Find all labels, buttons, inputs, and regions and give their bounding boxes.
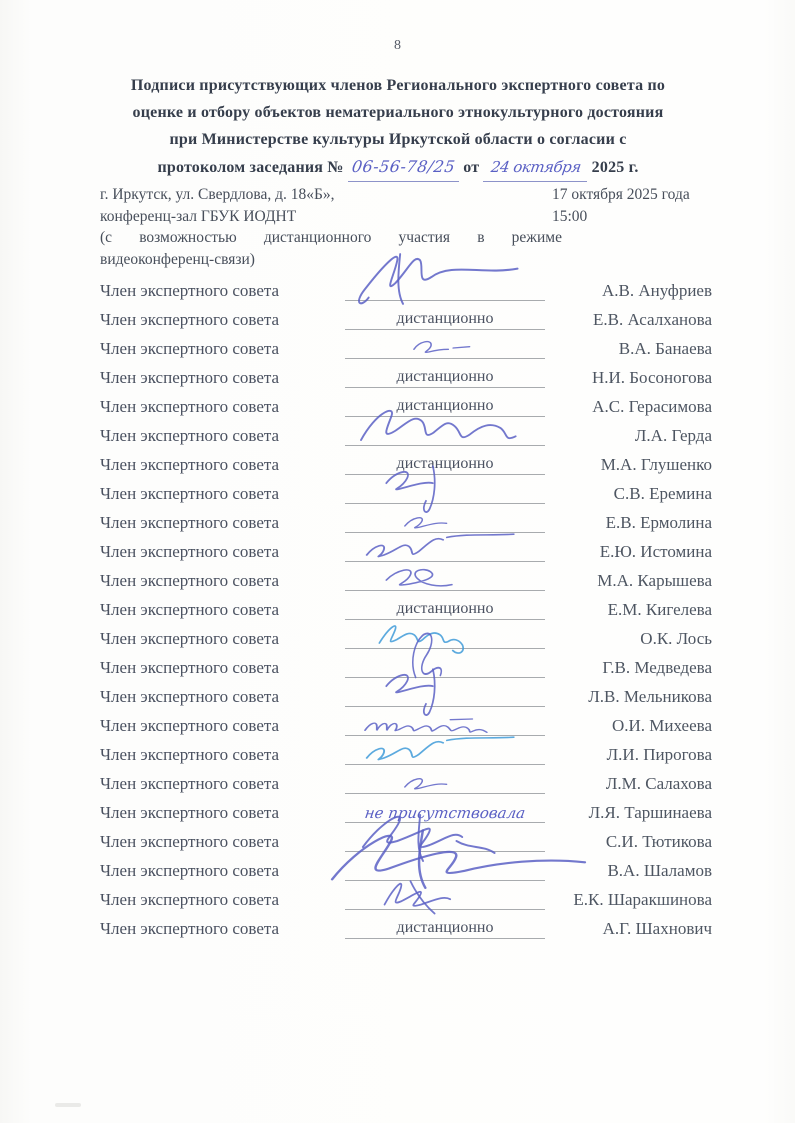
remote-participation-label: дистанционно (345, 455, 545, 473)
member-name: В.А. Шаламов (545, 861, 712, 881)
signature-row: Член экспертного совета Л.М. Салахова (100, 765, 712, 794)
signature-line (345, 619, 545, 649)
member-name: Л.И. Пирогова (545, 745, 712, 765)
member-role-label: Член экспертного совета (100, 890, 345, 910)
signature-line (345, 271, 545, 301)
address-line-1: г. Иркутск, ул. Свердлова, д. 18«Б», (100, 184, 562, 206)
signature-line (345, 474, 545, 504)
protocol-date-handwritten: 24 октября (489, 154, 582, 181)
member-name: Г.В. Медведева (545, 658, 712, 678)
signature-row: Член экспертного совета дистанционно Н.И… (100, 359, 712, 388)
member-name: С.В. Еремина (545, 484, 712, 504)
signature-rows: Член экспертного совета А.В. Ануфриев Чл… (100, 272, 712, 939)
title-line-2: оценке и отбору объектов нематериального… (88, 99, 708, 126)
member-role-label: Член экспертного совета (100, 803, 345, 823)
member-name: Л.А. Герда (545, 426, 712, 446)
member-name: М.А. Карышева (545, 571, 712, 591)
member-role-label: Член экспертного совета (100, 368, 345, 388)
remote-participation-label: дистанционно (345, 310, 545, 328)
member-role-label: Член экспертного совета (100, 455, 345, 475)
remote-participation-label: дистанционно (345, 919, 545, 937)
signature-row: Член экспертного совета дистанционно А.Г… (100, 910, 712, 939)
member-role-label: Член экспертного совета (100, 832, 345, 852)
member-role-label: Член экспертного совета (100, 687, 345, 707)
signature-line: не присутствовала (345, 793, 545, 823)
signature-row: Член экспертного совета Е.К. Шаракшинова (100, 881, 712, 910)
member-role-label: Член экспертного совета (100, 542, 345, 562)
member-role-label: Член экспертного совета (100, 513, 345, 533)
signature-row: Член экспертного совета А.В. Ануфриев (100, 272, 712, 301)
member-role-label: Член экспертного совета (100, 397, 345, 417)
remote-participation-label: дистанционно (345, 368, 545, 386)
member-name: О.И. Михеева (545, 716, 712, 736)
title-line-4: протоколом заседания № 06-56-78/25 от 24… (88, 153, 708, 182)
protocol-date-blank: 24 октября (483, 154, 587, 182)
member-role-label: Член экспертного совета (100, 919, 345, 939)
signature-line (345, 416, 545, 446)
signature-row: Член экспертного совета дистанционно Е.М… (100, 591, 712, 620)
scan-artifact (55, 1103, 81, 1107)
member-role-label: Член экспертного совета (100, 629, 345, 649)
member-name: С.И. Тютикова (545, 832, 712, 852)
signature-row: Член экспертного совета дистанционно А.С… (100, 388, 712, 417)
member-role-label: Член экспертного совета (100, 426, 345, 446)
signature-line: дистанционно (345, 358, 545, 388)
signature-row: Член экспертного совета Л.В. Мельникова (100, 678, 712, 707)
protocol-number-blank: 06-56-78/25 (348, 153, 459, 182)
member-name: Н.И. Босоногова (545, 368, 712, 388)
signature-line (345, 735, 545, 765)
signature-line: дистанционно (345, 387, 545, 417)
signature-line (345, 648, 545, 678)
signature-row: Член экспертного совета С.В. Еремина (100, 475, 712, 504)
title-line-3: при Министерстве культуры Иркутской обла… (88, 126, 708, 153)
signature-line (345, 532, 545, 562)
signature-row: Член экспертного совета дистанционно М.А… (100, 446, 712, 475)
member-name: Л.В. Мельникова (545, 687, 712, 707)
signature-line (345, 677, 545, 707)
signature-line: дистанционно (345, 909, 545, 939)
signature-line: дистанционно (345, 445, 545, 475)
remote-participation-label: дистанционно (345, 397, 545, 415)
member-name: А.В. Ануфриев (545, 281, 712, 301)
meeting-datetime: 17 октября 2025 года 15:00 (552, 184, 712, 227)
member-name: Е.В. Ермолина (545, 513, 712, 533)
signature-line (345, 706, 545, 736)
meeting-address: г. Иркутск, ул. Свердлова, д. 18«Б», кон… (100, 184, 562, 270)
member-role-label: Член экспертного совета (100, 571, 345, 591)
signature-line (345, 561, 545, 591)
title-line4-ot: от (463, 159, 479, 176)
member-name: О.К. Лось (545, 629, 712, 649)
member-role-label: Член экспертного совета (100, 658, 345, 678)
signature-row: Член экспертного совета Л.И. Пирогова (100, 736, 712, 765)
protocol-number-handwritten: 06-56-78/25 (350, 153, 457, 180)
signature-row: Член экспертного совета не присутствовал… (100, 794, 712, 823)
address-line-3: (с возможностью дистанционного участия в… (100, 227, 562, 249)
signature-row: Член экспертного совета М.А. Карышева (100, 562, 712, 591)
signature-line (345, 851, 545, 881)
signature-row: Член экспертного совета О.И. Михеева (100, 707, 712, 736)
member-name: Е.М. Кигелева (545, 600, 712, 620)
signature-line (345, 764, 545, 794)
signature-row: Член экспертного совета Г.В. Медведева (100, 649, 712, 678)
signature-line (345, 822, 545, 852)
page-number: 8 (0, 38, 795, 54)
signature-row: Член экспертного совета Л.А. Герда (100, 417, 712, 446)
signature-row: Член экспертного совета Е.Ю. Истомина (100, 533, 712, 562)
address-line-4: видеоконференц-связи) (100, 249, 562, 271)
member-name: Е.К. Шаракшинова (545, 890, 712, 910)
member-name: Е.В. Асалханова (545, 310, 712, 330)
member-role-label: Член экспертного совета (100, 310, 345, 330)
signature-line (345, 503, 545, 533)
signature-line: дистанционно (345, 590, 545, 620)
member-role-label: Член экспертного совета (100, 745, 345, 765)
signature-row: Член экспертного совета дистанционно Е.В… (100, 301, 712, 330)
member-role-label: Член экспертного совета (100, 774, 345, 794)
meeting-date: 17 октября 2025 года (552, 184, 712, 206)
signature-row: Член экспертного совета В.А. Шаламов (100, 852, 712, 881)
meeting-info: г. Иркутск, ул. Свердлова, д. 18«Б», кон… (100, 184, 712, 270)
member-role-label: Член экспертного совета (100, 484, 345, 504)
signature-row: Член экспертного совета С.И. Тютикова (100, 823, 712, 852)
absent-handwritten-note: не присутствовала (344, 804, 547, 822)
member-name: Л.Я. Таршинаева (545, 803, 712, 823)
remote-participation-label: дистанционно (345, 600, 545, 618)
member-name: Л.М. Салахова (545, 774, 712, 794)
member-name: М.А. Глушенко (545, 455, 712, 475)
member-role-label: Член экспертного совета (100, 600, 345, 620)
signature-line (345, 329, 545, 359)
title-line4-suffix: 2025 г. (592, 159, 639, 176)
member-role-label: Член экспертного совета (100, 716, 345, 736)
meeting-time: 15:00 (552, 206, 712, 228)
member-name: А.Г. Шахнович (545, 919, 712, 939)
member-name: А.С. Герасимова (545, 397, 712, 417)
signature-row: Член экспертного совета В.А. Банаева (100, 330, 712, 359)
document-title: Подписи присутствующих членов Региональн… (88, 72, 708, 182)
title-line-1: Подписи присутствующих членов Региональн… (88, 72, 708, 99)
title-line4-prefix: протоколом заседания № (157, 159, 343, 176)
member-role-label: Член экспертного совета (100, 861, 345, 881)
address-line-2: конференц-зал ГБУК ИОДНТ (100, 206, 562, 228)
signature-row: Член экспертного совета Е.В. Ермолина (100, 504, 712, 533)
member-role-label: Член экспертного совета (100, 281, 345, 301)
signature-row: Член экспертного совета О.К. Лось (100, 620, 712, 649)
signature-line: дистанционно (345, 300, 545, 330)
member-name: В.А. Банаева (545, 339, 712, 359)
scanned-document-page: 8 Подписи присутствующих членов Регионал… (0, 0, 795, 1123)
signature-line (345, 880, 545, 910)
member-name: Е.Ю. Истомина (545, 542, 712, 562)
member-role-label: Член экспертного совета (100, 339, 345, 359)
